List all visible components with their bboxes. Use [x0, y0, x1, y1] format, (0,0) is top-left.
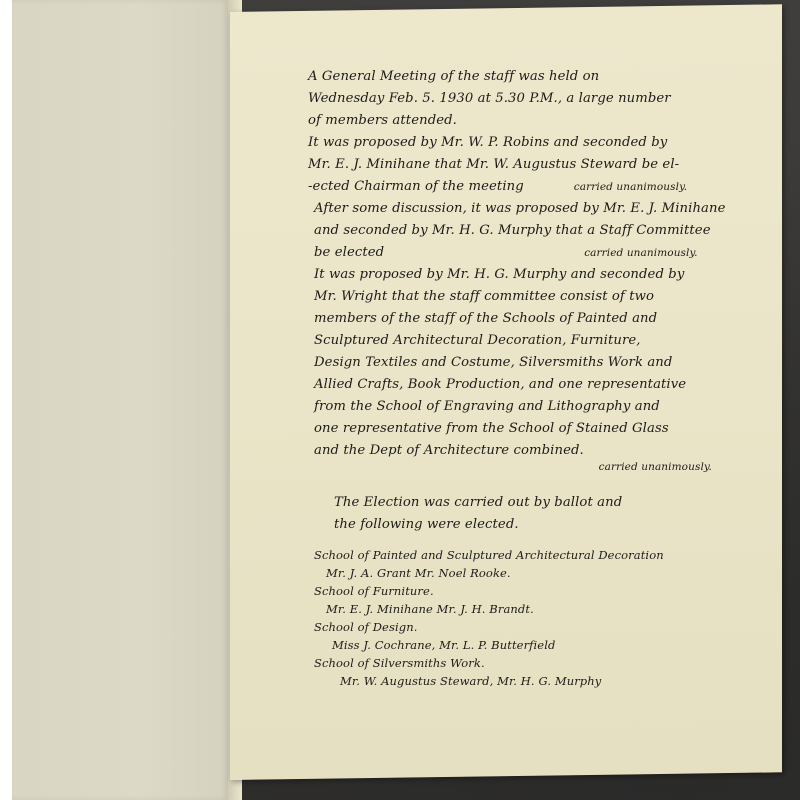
- spacer: [308, 474, 718, 492]
- elected-members: Mr. J. A. Grant Mr. Noel Rooke.: [314, 564, 718, 582]
- text-line: one representative from the School of St…: [314, 418, 718, 440]
- text-line: members of the staff of the Schools of P…: [314, 308, 718, 330]
- text-line: Allied Crafts, Book Production, and one …: [314, 374, 718, 396]
- text-line: It was proposed by Mr. W. P. Robins and …: [308, 132, 718, 154]
- text-line: and the Dept of Architecture combined.: [314, 440, 718, 462]
- carried-note: carried unanimously.: [574, 181, 687, 193]
- school-name: School of Silversmiths Work.: [314, 654, 718, 672]
- text-line: It was proposed by Mr. H. G. Murphy and …: [314, 264, 718, 286]
- text-line: Sculptured Architectural Decoration, Fur…: [314, 330, 718, 352]
- text-line: and seconded by Mr. H. G. Murphy that a …: [314, 220, 718, 242]
- left-blank-page: [12, 0, 228, 800]
- minutes-paragraph-chairman: It was proposed by Mr. W. P. Robins and …: [308, 132, 718, 198]
- text-line: Mr. Wright that the staff committee cons…: [314, 286, 718, 308]
- minutes-paragraph-committee: After some discussion, it was proposed b…: [308, 198, 718, 264]
- text-line: -ected Chairman of the meetingcarried un…: [308, 176, 718, 198]
- minutes-paragraph-election: The Election was carried out by ballot a…: [308, 492, 718, 536]
- minutes-paragraph-composition: It was proposed by Mr. H. G. Murphy and …: [308, 264, 718, 474]
- school-name: School of Furniture.: [314, 582, 718, 600]
- elected-list: School of Painted and Sculptured Archite…: [308, 546, 718, 690]
- text-line: of members attended.: [308, 110, 718, 132]
- text-line: from the School of Engraving and Lithogr…: [314, 396, 718, 418]
- elected-members: Mr. W. Augustus Steward, Mr. H. G. Murph…: [314, 672, 718, 690]
- text-line: Design Textiles and Costume, Silversmith…: [314, 352, 718, 374]
- elected-members: Miss J. Cochrane, Mr. L. P. Butterfield: [314, 636, 718, 654]
- handwritten-minutes: A General Meeting of the staff was held …: [308, 66, 718, 690]
- text-line: Mr. E. J. Minihane that Mr. W. Augustus …: [308, 154, 718, 176]
- carried-note: carried unanimously.: [314, 460, 718, 474]
- school-name: School of Design.: [314, 618, 718, 636]
- text-line: After some discussion, it was proposed b…: [314, 198, 718, 220]
- minutes-paragraph-meeting: A General Meeting of the staff was held …: [308, 66, 718, 132]
- text-fragment: be elected: [314, 245, 384, 260]
- text-line: The Election was carried out by ballot a…: [334, 492, 718, 514]
- text-fragment: -ected Chairman of the meeting: [308, 179, 524, 194]
- spacer: [308, 536, 718, 546]
- text-line: A General Meeting of the staff was held …: [308, 66, 718, 88]
- text-line: the following were elected.: [334, 514, 718, 536]
- elected-members: Mr. E. J. Minihane Mr. J. H. Brandt.: [314, 600, 718, 618]
- text-line: Wednesday Feb. 5. 1930 at 5.30 P.M., a l…: [308, 88, 718, 110]
- text-line: be electedcarried unanimously.: [314, 242, 718, 264]
- carried-note: carried unanimously.: [584, 247, 697, 259]
- school-name: School of Painted and Sculptured Archite…: [314, 546, 718, 564]
